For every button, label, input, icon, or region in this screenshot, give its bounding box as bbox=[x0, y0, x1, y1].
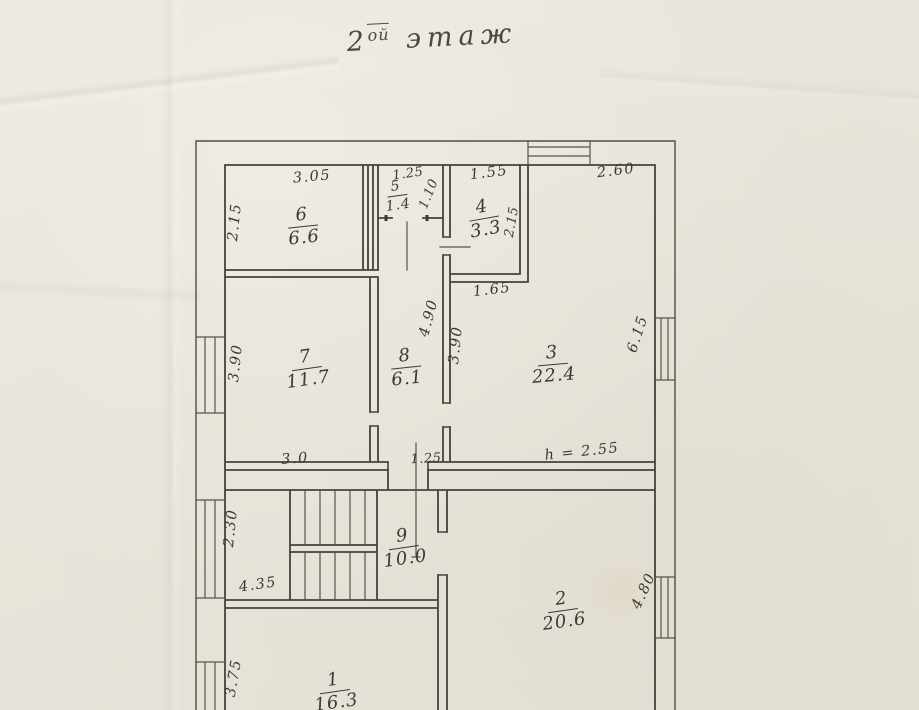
window-top-wall bbox=[528, 141, 590, 165]
exterior-outline bbox=[196, 141, 675, 710]
room-area: 16.3 bbox=[313, 691, 359, 710]
dim-corridor-passage-width: 1.25 bbox=[410, 451, 442, 468]
window-room2-right bbox=[655, 577, 675, 638]
room-area: 1.4 bbox=[385, 196, 412, 214]
room-area: 6.6 bbox=[287, 227, 320, 249]
room-3-label: 3 22.4 bbox=[529, 342, 577, 387]
room-5-label: 5 1.4 bbox=[382, 178, 412, 215]
room-area: 6.1 bbox=[390, 368, 423, 390]
room-9-label: 9 10.0 bbox=[379, 524, 428, 572]
room-area: 22.4 bbox=[531, 365, 577, 388]
room-1-label: 1 16.3 bbox=[310, 668, 359, 710]
dim-room7-bottom-width: 3.0 bbox=[281, 450, 310, 468]
room-number: 3 bbox=[536, 343, 568, 366]
window-room9-left bbox=[196, 500, 225, 598]
window-room1-left bbox=[196, 662, 225, 710]
window-room7-left bbox=[196, 337, 225, 413]
dim-room6-top-width: 3.05 bbox=[292, 167, 332, 186]
room-2-label: 2 20.6 bbox=[538, 587, 587, 635]
room-8-label: 8 6.1 bbox=[388, 346, 424, 391]
scanned-floor-plan-page: { "title": { "floor_number": "2", "floor… bbox=[0, 0, 919, 710]
room-7-label: 7 11.7 bbox=[282, 345, 331, 393]
room-6-label: 6 6.6 bbox=[285, 205, 321, 250]
window-room3-right bbox=[655, 318, 675, 380]
